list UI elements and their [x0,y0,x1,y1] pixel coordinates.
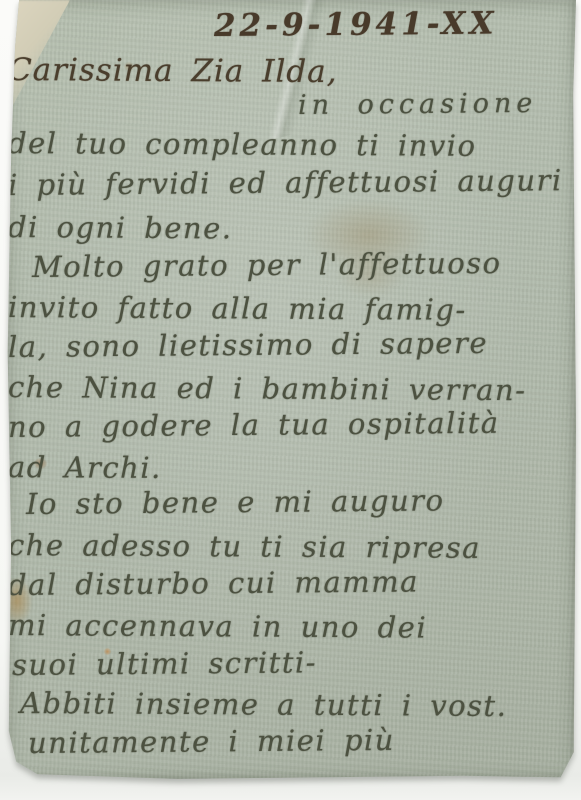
handwriting-line: che adesso tu ti sia ripresa [8,528,481,565]
scanner-background: 22-9-1941-XX Carissima Zia Ilda, in occa… [0,0,581,800]
handwriting-line: Abbiti insieme a tutti i vost. [20,686,508,723]
letter-card-wrapper: 22-9-1941-XX Carissima Zia Ilda, in occa… [0,0,581,800]
handwriting-layer: 22-9-1941-XX Carissima Zia Ilda, in occa… [6,0,576,782]
handwriting-line: la, sono lietissimo di sapere [8,326,488,364]
letter-card: 22-9-1941-XX Carissima Zia Ilda, in occa… [6,0,576,782]
salutation-continuation: in occasione [298,88,538,121]
handwriting-line: unitamente i miei più [28,723,395,760]
salutation: Carissima Zia Ilda, [8,52,338,90]
handwriting-line: che Nina ed i bambini verran- [8,370,527,407]
date-line: 22-9-1941-XX [214,6,498,44]
handwriting-line: no a godere la tua ospitalità [8,406,500,444]
handwriting-line: Molto grato per l'affettuoso [32,246,502,284]
handwriting-line: mi accennava in uno dei [8,608,427,645]
handwriting-line: invito fatto alla mia famig- [8,290,467,327]
handwriting-line: i più fervidi ed affettuosi auguri [8,163,563,202]
handwriting-line: del tuo compleanno ti invio [8,126,477,163]
handwriting-line: dal disturbo cui mamma [8,564,419,602]
handwriting-line: suoi ultimi scritti- [12,645,317,682]
handwriting-line: Io sto bene e mi auguro [26,483,445,521]
handwriting-line: ad Archi. [8,450,162,485]
handwriting-line: di ogni bene. [8,210,233,245]
